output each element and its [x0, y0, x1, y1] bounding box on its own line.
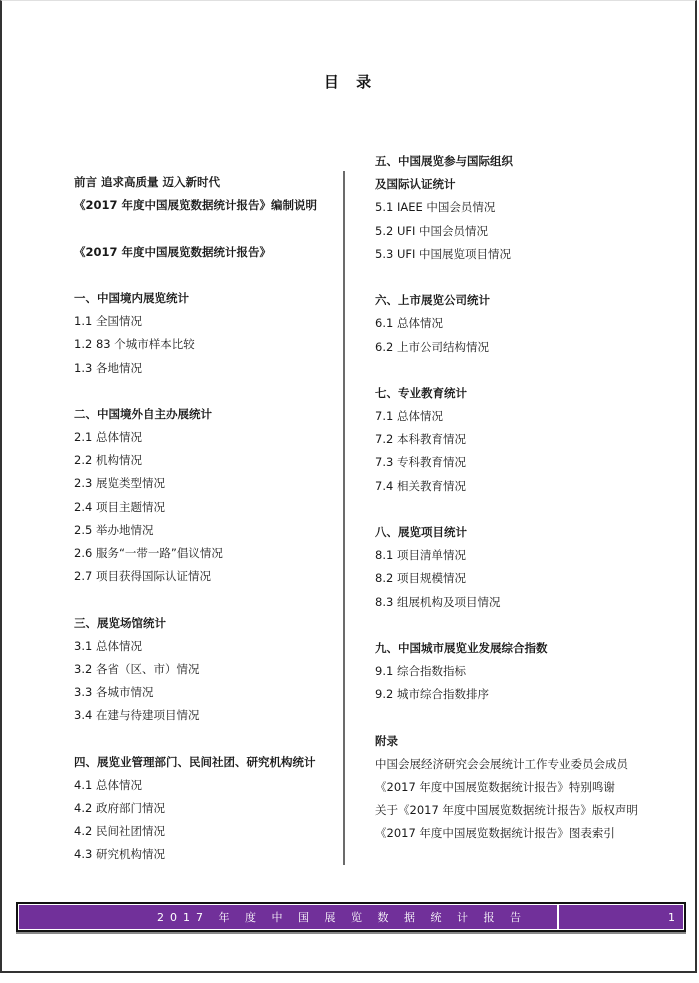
toc-item[interactable]: 1.3 各地情况: [74, 357, 339, 380]
toc-item[interactable]: 4.2 民间社团情况: [74, 820, 339, 843]
toc-item[interactable]: 《2017 年度中国展览数据统计报告》特别鸣谢: [375, 776, 675, 799]
toc-item[interactable]: 3.4 在建与待建项目情况: [74, 704, 339, 727]
toc-item[interactable]: 4.1 总体情况: [74, 774, 339, 797]
document-page: 目 录 前言 追求高质量 迈入新时代 《2017 年度中国展览数据统计报告》编制…: [0, 0, 697, 973]
toc-item[interactable]: 7.2 本科教育情况: [375, 428, 675, 451]
toc-item[interactable]: 3.3 各城市情况: [74, 681, 339, 704]
toc-item[interactable]: 2.3 展览类型情况: [74, 472, 339, 495]
toc-item[interactable]: 3.1 总体情况: [74, 635, 339, 658]
toc-section-heading[interactable]: 五、中国展览参与国际组织: [375, 150, 675, 173]
toc-section-3: 三、展览场馆统计 3.1 总体情况 3.2 各省（区、市）情况 3.3 各城市情…: [74, 612, 339, 728]
toc-left-column: 前言 追求高质量 迈入新时代 《2017 年度中国展览数据统计报告》编制说明 《…: [74, 171, 339, 867]
toc-item[interactable]: 7.1 总体情况: [375, 405, 675, 428]
toc-section-7: 七、专业教育统计 7.1 总体情况 7.2 本科教育情况 7.3 专科教育情况 …: [375, 382, 675, 498]
toc-item[interactable]: 2.5 举办地情况: [74, 519, 339, 542]
toc-right-column: 五、中国展览参与国际组织 及国际认证统计 5.1 IAEE 中国会员情况 5.2…: [375, 150, 675, 846]
toc-section-8: 八、展览项目统计 8.1 项目清单情况 8.2 项目规模情况 8.3 组展机构及…: [375, 521, 675, 614]
toc-section-2: 二、中国境外自主办展统计 2.1 总体情况 2.2 机构情况 2.3 展览类型情…: [74, 403, 339, 589]
toc-section-heading[interactable]: 三、展览场馆统计: [74, 612, 339, 635]
toc-section-6: 六、上市展览公司统计 6.1 总体情况 6.2 上市公司结构情况: [375, 289, 675, 359]
toc-item[interactable]: 中国会展经济研究会会展统计工作专业委员会成员: [375, 753, 675, 776]
toc-item[interactable]: 6.2 上市公司结构情况: [375, 336, 675, 359]
footer-report-title: 2017 年 度 中 国 展 览 数 据 统 计 报 告: [19, 905, 557, 929]
footer-page-number: 1: [559, 905, 683, 929]
toc-item[interactable]: 8.2 项目规模情况: [375, 567, 675, 590]
toc-appendix: 附录 中国会展经济研究会会展统计工作专业委员会成员 《2017 年度中国展览数据…: [375, 730, 675, 846]
toc-item[interactable]: 2.2 机构情况: [74, 449, 339, 472]
toc-section-heading[interactable]: 二、中国境外自主办展统计: [74, 403, 339, 426]
toc-item[interactable]: 2.7 项目获得国际认证情况: [74, 565, 339, 588]
toc-item[interactable]: 4.3 研究机构情况: [74, 843, 339, 866]
toc-section-9: 九、中国城市展览业发展综合指数 9.1 综合指数指标 9.2 城市综合指数排序: [375, 637, 675, 707]
toc-item[interactable]: 5.2 UFI 中国会员情况: [375, 220, 675, 243]
page-footer: 2017 年 度 中 国 展 览 数 据 统 计 报 告 1: [16, 902, 686, 932]
toc-item[interactable]: 1.2 83 个城市样本比较: [74, 333, 339, 356]
toc-item[interactable]: 2.6 服务“一带一路”倡议情况: [74, 542, 339, 565]
toc-preface-link[interactable]: 前言 追求高质量 迈入新时代: [74, 171, 339, 194]
toc-item[interactable]: 6.1 总体情况: [375, 312, 675, 335]
toc-item[interactable]: 5.1 IAEE 中国会员情况: [375, 196, 675, 219]
toc-appendix-heading[interactable]: 附录: [375, 730, 675, 753]
toc-compile-note-link[interactable]: 《2017 年度中国展览数据统计报告》编制说明: [74, 194, 339, 217]
page-title: 目 录: [2, 71, 699, 92]
toc-item[interactable]: 8.1 项目清单情况: [375, 544, 675, 567]
toc-item[interactable]: 1.1 全国情况: [74, 310, 339, 333]
toc-section-heading-cont[interactable]: 及国际认证统计: [375, 173, 675, 196]
toc-item[interactable]: 8.3 组展机构及项目情况: [375, 591, 675, 614]
toc-section-1: 一、中国境内展览统计 1.1 全国情况 1.2 83 个城市样本比较 1.3 各…: [74, 287, 339, 380]
toc-section-heading[interactable]: 九、中国城市展览业发展综合指数: [375, 637, 675, 660]
column-divider: [343, 171, 345, 865]
toc-section-4: 四、展览业管理部门、民间社团、研究机构统计 4.1 总体情况 4.2 政府部门情…: [74, 751, 339, 867]
toc-item[interactable]: 7.3 专科教育情况: [375, 451, 675, 474]
toc-item[interactable]: 2.1 总体情况: [74, 426, 339, 449]
toc-item[interactable]: 9.1 综合指数指标: [375, 660, 675, 683]
toc-item[interactable]: 9.2 城市综合指数排序: [375, 683, 675, 706]
toc-section-heading[interactable]: 八、展览项目统计: [375, 521, 675, 544]
toc-item[interactable]: 3.2 各省（区、市）情况: [74, 658, 339, 681]
toc-item[interactable]: 5.3 UFI 中国展览项目情况: [375, 243, 675, 266]
toc-item[interactable]: 7.4 相关教育情况: [375, 475, 675, 498]
toc-item[interactable]: 关于《2017 年度中国展览数据统计报告》版权声明: [375, 799, 675, 822]
toc-report-title-link[interactable]: 《2017 年度中国展览数据统计报告》: [74, 241, 339, 264]
toc-section-heading[interactable]: 六、上市展览公司统计: [375, 289, 675, 312]
toc-section-5: 五、中国展览参与国际组织 及国际认证统计 5.1 IAEE 中国会员情况 5.2…: [375, 150, 675, 266]
toc-section-heading[interactable]: 七、专业教育统计: [375, 382, 675, 405]
toc-item[interactable]: 2.4 项目主题情况: [74, 496, 339, 519]
toc-section-heading[interactable]: 四、展览业管理部门、民间社团、研究机构统计: [74, 751, 339, 774]
toc-item[interactable]: 4.2 政府部门情况: [74, 797, 339, 820]
toc-section-heading[interactable]: 一、中国境内展览统计: [74, 287, 339, 310]
toc-item[interactable]: 《2017 年度中国展览数据统计报告》图表索引: [375, 822, 675, 845]
